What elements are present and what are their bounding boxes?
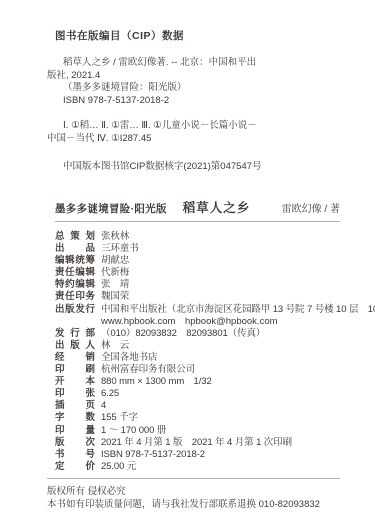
row-label: 开本 — [55, 376, 95, 388]
cip-line: 稻草人之乡 / 雷欧幻像著. -- 北京：中国和平出 — [47, 57, 340, 70]
colophon-row: 版次2021 年 4 月第 1 版 2021 年 4 月第 1 次印刷 — [55, 437, 340, 449]
row-value: 林 云 — [101, 340, 129, 351]
row-label: 发行部 — [55, 328, 95, 340]
cip-classification: Ⅰ. ①稻… Ⅱ. ①雷… Ⅲ. ①儿童小说－长篇小说－ 中国－当代 Ⅳ. ①I… — [47, 120, 340, 145]
colophon-row: 出版人林 云 — [55, 340, 340, 352]
row-value: 2021 年 4 月第 1 版 2021 年 4 月第 1 次印刷 — [101, 437, 292, 448]
row-value: 三环童书 — [101, 243, 139, 254]
cip-classification-line: Ⅰ. ①稻… Ⅱ. ①雷… Ⅲ. ①儿童小说－长篇小说－ — [47, 120, 340, 133]
row-value: 胡献忠 — [101, 255, 129, 266]
copyright-page: 图书在版编目（CIP）数据 稻草人之乡 / 雷欧幻像著. -- 北京：中国和平出… — [0, 0, 375, 520]
cip-line: （墨多多谜境冒险：阳光版） — [47, 82, 340, 95]
row-label: 出版发行 — [55, 304, 95, 316]
colophon-row: 字数155 千字 — [55, 412, 340, 424]
colophon-row: 印量1 ～ 170 000 册 — [55, 425, 340, 437]
row-value: 880 mm × 1300 mm 1/32 — [101, 376, 212, 387]
row-value: 张 靖 — [101, 279, 129, 290]
colophon-row: 责任编辑代新梅 — [55, 267, 340, 279]
row-value: 25.00 元 — [101, 461, 136, 472]
colophon-row: 责任印务魏国荣 — [55, 291, 340, 303]
row-label: 编辑统筹 — [55, 255, 95, 267]
row-label: 出品 — [55, 243, 95, 255]
row-label: 插页 — [55, 400, 95, 412]
quality-notice: 本书如有印装质量问题，请与我社发行部联系退换 010-82093832 — [47, 498, 340, 512]
colophon-rows: 总策划张秋林出品三环童书编辑统筹胡献忠责任编辑代新梅特约编辑张 靖责任印务魏国荣… — [55, 231, 340, 473]
footer-divider — [47, 478, 340, 479]
row-value: 杭州富春印务有限公司 — [101, 364, 195, 375]
row-value: 6.25 — [101, 388, 119, 399]
colophon-row: 印张6.25 — [55, 388, 340, 400]
row-label: 印刷 — [55, 364, 95, 376]
row-value: （010）82093832 82093801（传真） — [101, 328, 265, 339]
row-label: 书号 — [55, 449, 95, 461]
row-value: 1 ～ 170 000 册 — [101, 425, 166, 436]
row-value: 魏国荣 — [101, 291, 129, 302]
row-label: 责任编辑 — [55, 267, 95, 279]
row-value: 全国各地书店 — [101, 352, 157, 363]
colophon-row: 插页4 — [55, 400, 340, 412]
row-label: 出版人 — [55, 340, 95, 352]
colophon-row: 特约编辑张 靖 — [55, 279, 340, 291]
row-value: 155 千字 — [101, 412, 138, 423]
colophon-row: 出品三环童书 — [55, 243, 340, 255]
colophon-row: 印刷杭州富春印务有限公司 — [55, 364, 340, 376]
cip-line: 版社, 2021.4 — [47, 70, 340, 83]
cip-title: 图书在版编目（CIP）数据 — [55, 28, 340, 43]
book-author: 雷欧幻像 / 著 — [282, 200, 340, 215]
series-name: 墨多多谜境冒险·阳光版 — [55, 201, 167, 216]
row-value: 张秋林 — [101, 231, 129, 242]
row-label: 特约编辑 — [55, 279, 95, 291]
row-label: 版次 — [55, 437, 95, 449]
book-header: 墨多多谜境冒险·阳光版 稻草人之乡 雷欧幻像 / 著 — [55, 198, 340, 222]
row-label: 印量 — [55, 425, 95, 437]
colophon-row: 发行部（010）82093832 82093801（传真） — [55, 328, 340, 340]
row-label: 经销 — [55, 352, 95, 364]
cip-isbn-line: ISBN 978-7-5137-2018-2 — [47, 95, 340, 108]
colophon-row: 出版发行中国和平出版社（北京市海淀区花园路甲 13 号院 7 号楼 10 层 1… — [55, 304, 340, 316]
row-label: 印张 — [55, 388, 95, 400]
row-label: 责任印务 — [55, 291, 95, 303]
book-title: 稻草人之乡 — [183, 198, 251, 216]
row-value: ISBN 978-7-5137-2018-2 — [101, 449, 205, 460]
colophon-row: 开本880 mm × 1300 mm 1/32 — [55, 376, 340, 388]
cip-classification-line: 中国－当代 Ⅳ. ①I287.45 — [47, 133, 340, 146]
cip-cataloging-paragraph: 稻草人之乡 / 雷欧幻像著. -- 北京：中国和平出 版社, 2021.4 （墨… — [47, 57, 340, 107]
row-label: 总策划 — [55, 231, 95, 243]
colophon-row: 编辑统筹胡献忠 — [55, 255, 340, 267]
colophon-row: 定价25.00 元 — [55, 461, 340, 473]
copyright-statement: 版权所有 侵权必究 — [47, 485, 340, 499]
colophon-row: 经销全国各地书店 — [55, 352, 340, 364]
cip-record-number: 中国版本图书馆CIP数据核字(2021)第047547号 — [63, 158, 340, 172]
row-label: 定价 — [55, 461, 95, 473]
row-value: 中国和平出版社（北京市海淀区花园路甲 13 号院 7 号楼 10 层 10008… — [101, 304, 375, 315]
row-value: 4 — [101, 400, 106, 411]
row-value: 代新梅 — [101, 267, 129, 278]
row-label: 字数 — [55, 412, 95, 424]
colophon-row: 总策划张秋林 — [55, 231, 340, 243]
colophon-row: 书号ISBN 978-7-5137-2018-2 — [55, 449, 340, 461]
row-value-extra: www.hpbook.com hpbook@hpbook.com — [101, 316, 340, 328]
